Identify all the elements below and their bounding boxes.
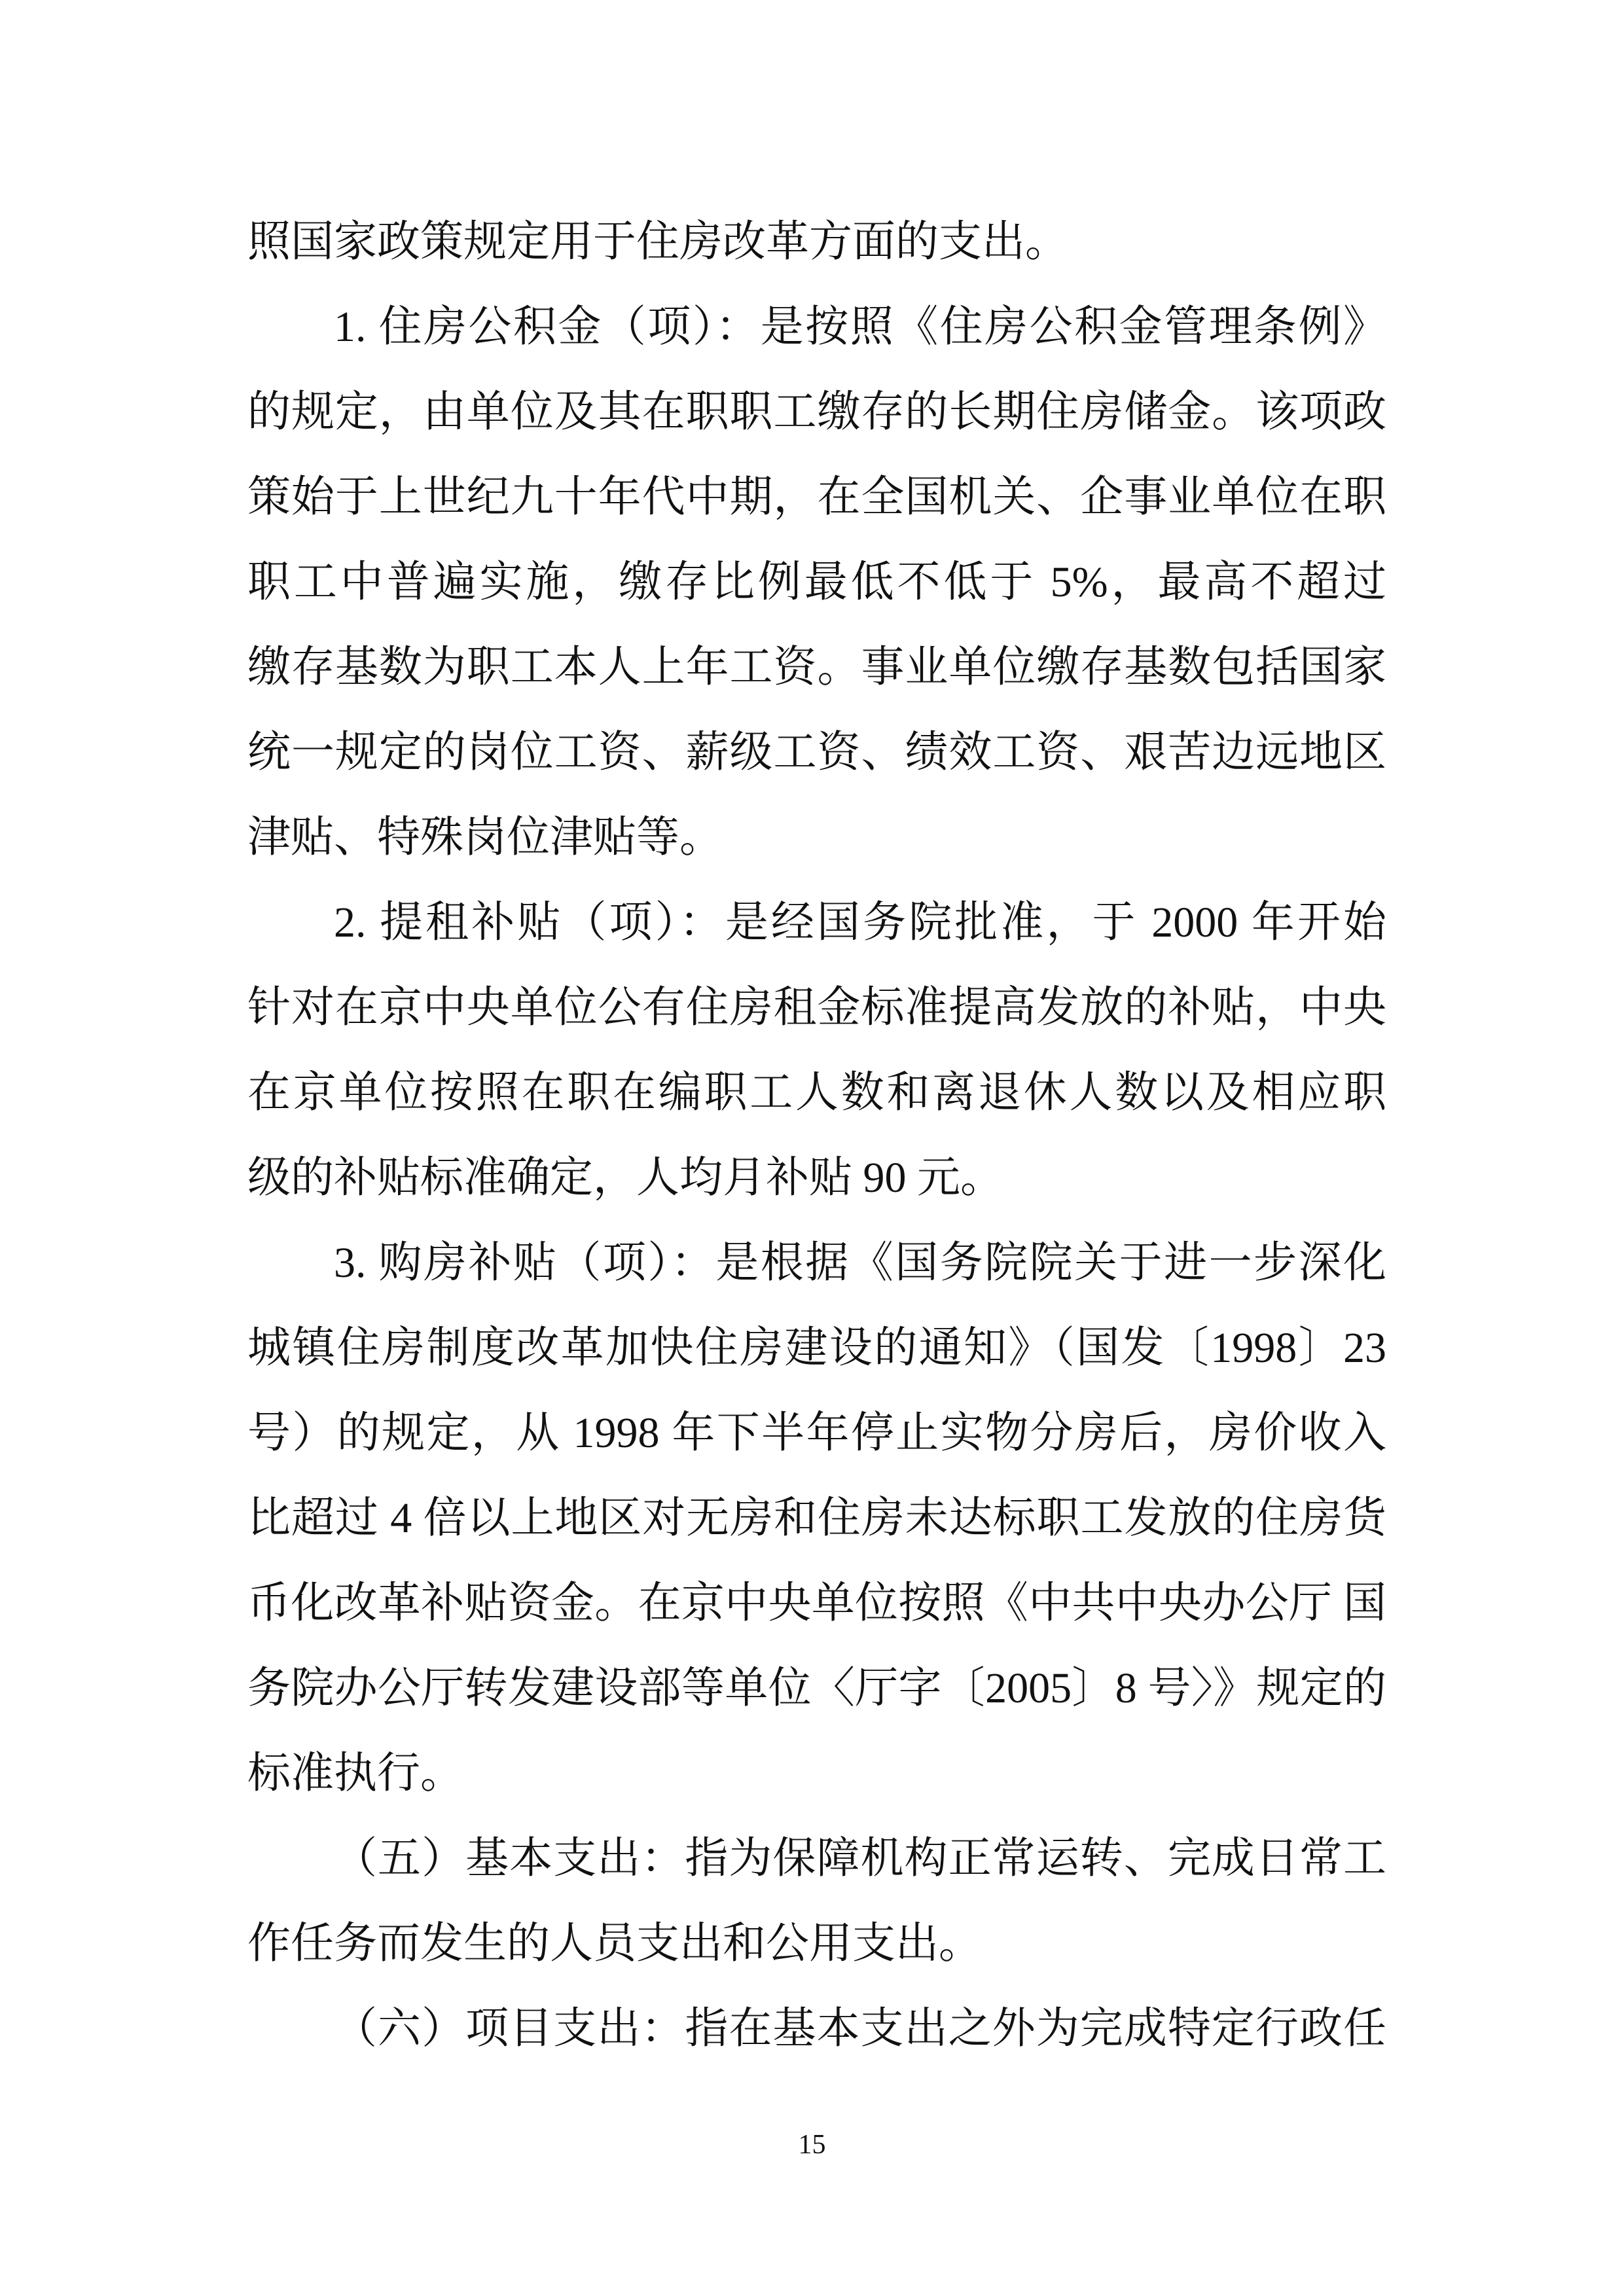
text-line: 津贴、特殊岗位津贴等。 (247, 795, 1386, 880)
document-body-text: 照国家政策规定用于住房改革方面的支出。 1. 住房公积金（项）：是按照《住房公积… (247, 200, 1386, 2072)
text-line: 比超过 4 倍以上地区对无房和住房未达标职工发放的住房货 (247, 1476, 1386, 1561)
text-line: 标准执行。 (247, 1731, 1386, 1816)
text-line: 策始于上世纪九十年代中期，在全国机关、企事业单位在职 (247, 455, 1386, 540)
text-line: 务院办公厅转发建设部等单位〈厅字〔2005〕8 号〉》规定的 (247, 1646, 1386, 1731)
text-line: 针对在京中央单位公有住房租金标准提高发放的补贴，中央 (247, 965, 1386, 1050)
text-line: 币化改革补贴资金。在京中央单位按照《中共中央办公厅 国 (247, 1561, 1386, 1646)
text-line: 级的补贴标准确定，人均月补贴 90 元。 (247, 1136, 1386, 1221)
text-line: 2. 提租补贴（项）：是经国务院批准，于 2000 年开始 (247, 880, 1386, 965)
text-line: 号）的规定，从 1998 年下半年停止实物分房后，房价收入 (247, 1391, 1386, 1476)
document-page: 照国家政策规定用于住房改革方面的支出。 1. 住房公积金（项）：是按照《住房公积… (0, 0, 1624, 2296)
page-number: 15 (0, 2122, 1624, 2168)
text-line: （六）项目支出：指在基本支出之外为完成特定行政任 (247, 1986, 1386, 2072)
text-line: 的规定，由单位及其在职职工缴存的长期住房储金。该项政 (247, 370, 1386, 455)
text-line: 统一规定的岗位工资、薪级工资、绩效工资、艰苦边远地区 (247, 710, 1386, 795)
text-line: 3. 购房补贴（项）：是根据《国务院院关于进一步深化 (247, 1221, 1386, 1306)
text-line: 缴存基数为职工本人上年工资。事业单位缴存基数包括国家 (247, 625, 1386, 710)
text-line: 1. 住房公积金（项）：是按照《住房公积金管理条例》 (247, 285, 1386, 370)
text-line: 照国家政策规定用于住房改革方面的支出。 (247, 200, 1386, 285)
text-line: 在京单位按照在职在编职工人数和离退休人数以及相应职 (247, 1050, 1386, 1136)
text-line: 职工中普遍实施，缴存比例最低不低于 5%，最高不超过 12%， (247, 540, 1386, 625)
text-line: 城镇住房制度改革加快住房建设的通知》（国发〔1998〕23 (247, 1306, 1386, 1391)
text-line: 作任务而发生的人员支出和公用支出。 (247, 1901, 1386, 1986)
text-line: （五）基本支出：指为保障机构正常运转、完成日常工 (247, 1816, 1386, 1901)
